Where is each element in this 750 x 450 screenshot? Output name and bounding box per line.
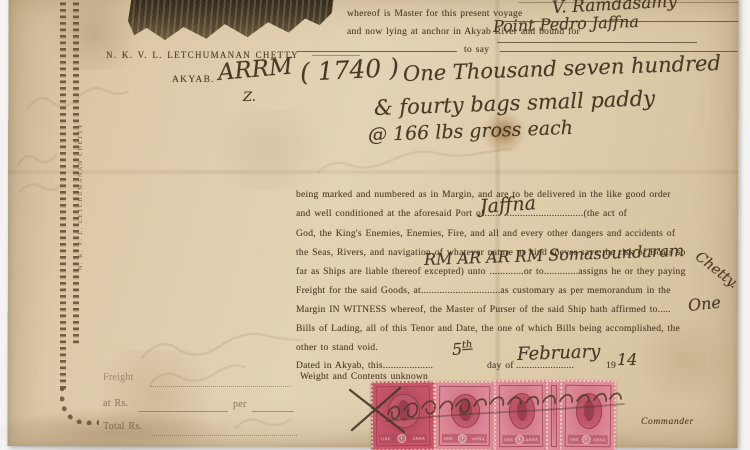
- conditions-line-7: Margin IN WITNESS whereof, the Master of…: [296, 304, 671, 315]
- bag-count-handwriting: ( 1740 ): [299, 53, 399, 87]
- king-head-silhouette: [584, 400, 595, 422]
- chain-border-outer: [60, 0, 66, 392]
- scanned-document-scene: N. K. V. L. LETCHUMANAN CHETTY whereof i…: [0, 0, 750, 450]
- destination-rule: [497, 42, 697, 43]
- stamp-word-one: ONE: [444, 436, 453, 441]
- stamp-denomination-banner: ONE 1 ANNA: [442, 434, 487, 443]
- postage-stamp: ONE 1 ANNA: [494, 380, 548, 450]
- year-handwriting: 14: [617, 350, 637, 369]
- stamp-word-anna: ANNA: [593, 437, 606, 442]
- to-say-label: to say: [464, 44, 489, 55]
- conditions-line-6: Freight for the said Goods, at..........…: [296, 285, 671, 296]
- shipping-mark-sub-handwriting: Z.: [243, 90, 256, 105]
- stamp-denomination-banner: ONE 1 ANNA: [379, 434, 427, 444]
- conditions-line-2: and well conditioned at the aforesaid Po…: [296, 208, 627, 219]
- per-rule: [252, 411, 294, 412]
- postage-stamp: ONE 1 ANNA: [560, 380, 617, 450]
- stamp-word-anna: ANNA: [525, 437, 538, 442]
- stamp-frame: ONE 1 ANNA: [439, 386, 490, 446]
- stamp-value: 1: [397, 434, 406, 443]
- year-print: 19: [606, 360, 616, 371]
- stamp-word-one: ONE: [570, 437, 579, 442]
- stamp-word-one: ONE: [504, 437, 513, 442]
- freight-label: Freight: [103, 372, 134, 383]
- king-portrait-icon: [388, 394, 419, 429]
- stamp-frame: ONE 1 ANNA: [499, 385, 543, 447]
- stamp-frame: [551, 385, 557, 447]
- per-label: per: [233, 399, 247, 410]
- bills-count-handwriting: One: [687, 293, 722, 315]
- stamp-value: 1: [515, 435, 524, 444]
- at-rs-label: at Rs.: [103, 398, 128, 409]
- side-vertical-firm-text: N. K. V. L. LETCHUMANAN CHETTY: [78, 112, 84, 270]
- month-handwriting: February: [517, 341, 601, 365]
- dated-line-prefix: Dated in Akyab, this...................: [296, 360, 433, 371]
- king-portrait-icon: [451, 394, 481, 429]
- king-head-silhouette: [397, 400, 410, 421]
- stamp-frame: ONE 1 ANNA: [376, 386, 431, 447]
- total-rs-label: Total Rs.: [103, 421, 142, 432]
- stamp-value: 1: [581, 435, 590, 444]
- conditions-line-9: other to stand void.: [296, 342, 378, 353]
- conditions-line-5: far as Ships are liable thereof excepted…: [296, 266, 686, 277]
- king-portrait-icon: [576, 393, 603, 429]
- postage-stamp: ONE 1 ANNA: [434, 381, 495, 450]
- conditions-line-8: Bills of Lading, all of this Tenor and D…: [296, 323, 680, 334]
- postage-stamp: ONE 1 ANNA: [371, 381, 436, 450]
- total-rs-rule: [152, 435, 297, 436]
- at-rs-rule: [138, 411, 228, 412]
- stamp-denomination-banner: ONE 1 ANNA: [568, 435, 608, 444]
- to-say-left-rule: [297, 51, 457, 52]
- stamp-value: 1: [458, 434, 467, 443]
- stamp-word-one: ONE: [381, 436, 390, 441]
- conditions-line-3: God, the King's Enemies, Enemies, Fire, …: [296, 228, 675, 239]
- king-portrait-icon: [509, 393, 535, 429]
- stamp-word-anna: ANNA: [472, 436, 485, 441]
- commander-label: Commander: [641, 416, 694, 427]
- king-head-silhouette: [459, 400, 471, 421]
- day-handwriting: 5th: [451, 339, 473, 359]
- stamp-denomination-banner: ONE 1 ANNA: [502, 435, 540, 444]
- port-handwriting: Jaffna: [479, 192, 536, 218]
- stamp-frame: ONE 1 ANNA: [565, 385, 612, 447]
- king-head-silhouette: [517, 400, 527, 422]
- stamp-word-anna: ANNA: [412, 436, 425, 441]
- freight-rule: [150, 386, 290, 387]
- place-name: AKYAB.: [172, 75, 215, 85]
- day-of-label: day of: [487, 360, 514, 371]
